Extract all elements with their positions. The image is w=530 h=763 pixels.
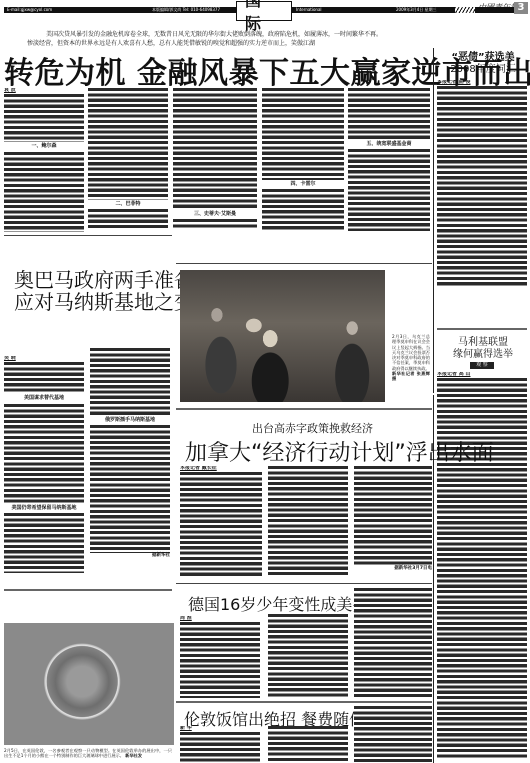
body-text: [88, 88, 168, 200]
sidebar-bottom-headline: 马利基联盟 缘何赢得选举: [438, 337, 528, 361]
photo-ukraine-caption-text: 2月3日，乌克兰总理季莫申科在议会会议上竖起大拇指。当天乌克兰议会投票否决对季莫…: [392, 334, 430, 371]
decorative-hatch: [455, 7, 475, 13]
section-divider: [176, 408, 432, 410]
photo-globe-caption: 2月5日，在英国伦敦，一名参观者在观察一只动物模型。在英国伦敦举办的展出中，一只…: [4, 748, 172, 763]
german-column-3: [354, 588, 432, 699]
photo-globe-caption-text: 2月5日，在英国伦敦，一名参观者在观察一只动物模型。在英国伦敦举办的展出中，一只…: [4, 748, 172, 758]
body-text: [4, 513, 84, 573]
canada-byline: 本报记者 戴长征: [180, 466, 262, 471]
body-text: [90, 348, 170, 416]
german-column-2: [268, 614, 348, 699]
german-column-1: 周 淮: [180, 616, 260, 699]
lead-subhead-5: 五、统宽联盛基金商: [348, 142, 430, 147]
section-divider: [176, 263, 432, 264]
body-text: [180, 472, 262, 576]
sidebar-top-byline: 本报记者 曲 俊: [437, 80, 527, 85]
lead-subhead-1: 一、鲍尔森: [4, 144, 84, 149]
body-text: [180, 732, 260, 762]
photo-ukraine-parliament: [180, 270, 385, 402]
section-divider: [4, 589, 172, 591]
sidebar-bottom-body: 本报记者 高 山: [437, 372, 527, 762]
paper-logo: 中國青年報: [478, 2, 518, 13]
body-text: [262, 189, 344, 231]
photo-ukraine-credit: 新华社记者 张燕辉摄: [392, 371, 430, 382]
photo-bear-globe: [4, 623, 174, 745]
london-column-3: [354, 706, 432, 763]
sidebar-divider: [437, 328, 527, 330]
masthead-email: E-mail:gjxw@cyol.com: [7, 7, 52, 13]
body-text: [354, 466, 432, 566]
lead-subhead-2: 二、巴菲特: [88, 202, 168, 207]
lead-deck-line2: 惨淡经营，但资本的世界永远是有人欢喜有人愁，总有人能凭借敏锐的嗅觉和超强的实力逆…: [27, 39, 315, 48]
photo-ukraine-caption: 2月3日，乌克兰总理季莫申科在议会会议上竖起大拇指。当天乌克兰议会投票否决对季莫…: [392, 334, 430, 402]
obama-headline-line1: 奥巴马政府两手准备: [14, 268, 194, 292]
photo-globe-credit: 新华社发: [125, 753, 142, 758]
london-column-1: 新 华: [180, 726, 260, 763]
obama-subhead-3: 美国仍寄希望保留马纳斯基地: [4, 506, 84, 511]
canada-column-2: [268, 466, 348, 578]
sidebar-top-headline: “恶债”获选美 2008年度词汇: [438, 52, 528, 76]
body-text: [88, 209, 168, 229]
sidebar-top-headline-line1: “恶债”获选美: [438, 52, 528, 64]
body-text: [268, 614, 348, 698]
canada-column-1: 本报记者 戴长征: [180, 466, 262, 578]
canada-kicker: 出台高赤字政策挽救经济: [252, 420, 373, 436]
body-text: [437, 86, 527, 286]
body-text: [268, 726, 348, 763]
sidebar-bottom-headline-line2: 缘何赢得选举: [438, 349, 528, 361]
section-divider: [176, 701, 432, 703]
obama-headline-line2: 应对马纳斯基地之变: [14, 290, 194, 314]
obama-column-1: 吴 晓 美国谋求替代基地 美国仍寄希望保留马纳斯基地: [4, 356, 84, 576]
section-title: 国际: [236, 1, 292, 21]
london-column-2: [268, 726, 348, 763]
masthead-date: 2009年3月4日 星期三: [396, 7, 437, 13]
obama-byline: 吴 晓: [4, 356, 84, 361]
body-text: [4, 404, 84, 504]
obama-column-2: 俄罗斯插手马纳斯基地 据新华社: [90, 348, 170, 568]
lead-column-3: 三、史蒂夫·艾斯曼: [173, 88, 257, 233]
column-rule: [433, 48, 434, 393]
body-text: [354, 706, 432, 763]
body-text: [4, 94, 84, 142]
section-divider: [4, 235, 172, 236]
masthead-editor-contact: 本版编辑/郭文尚 Tel: 010-64098377: [152, 7, 220, 13]
body-text: [348, 88, 430, 140]
obama-subhead-1: 美国谋求替代基地: [4, 396, 84, 401]
lead-subhead-4: 四、卡雷尔: [262, 182, 344, 187]
body-text: [4, 152, 84, 232]
lead-column-5: 五、统宽联盛基金商: [348, 88, 430, 233]
lead-deck-line1: 美国次贷风暴引发的金融危机席卷全球，无数昔日风光无限的华尔街大佬败倒落魄，政府陷…: [46, 30, 382, 39]
masthead-section-english: International: [296, 7, 322, 13]
body-text: [348, 149, 430, 231]
canada-headline: 加拿大“经济行动计划”浮出水面: [185, 436, 494, 467]
lead-column-1: 袁 波 一、鲍尔森: [4, 88, 84, 233]
body-text: [173, 219, 257, 229]
german-byline: 周 淮: [180, 616, 260, 621]
body-text: [90, 425, 170, 553]
sidebar-bottom-byline: 本报记者 高 山: [437, 372, 527, 377]
canada-column-3: 据新华社3月7日电: [354, 466, 432, 578]
lead-byline: 袁 波: [4, 88, 84, 93]
body-text: [354, 588, 432, 698]
body-text: [262, 88, 344, 180]
sidebar-bottom-headline-line1: 马利基联盟: [438, 337, 528, 349]
sidebar-bottom-tag: 观 察: [470, 362, 494, 369]
page-number: 3: [514, 2, 528, 14]
section-divider: [176, 583, 432, 584]
obama-credit: 据新华社: [90, 553, 170, 558]
body-text: [4, 362, 84, 394]
lead-subhead-3: 三、史蒂夫·艾斯曼: [173, 212, 257, 217]
sidebar-top-headline-line2: 2008年度词汇: [438, 64, 528, 76]
lead-column-2: 二、巴菲特: [88, 88, 168, 233]
lead-column-4: 四、卡雷尔: [262, 88, 344, 233]
body-text: [268, 466, 348, 576]
canada-credit: 据新华社3月7日电: [354, 566, 432, 571]
body-text: [180, 622, 260, 698]
london-byline: 新 华: [180, 726, 260, 731]
obama-subhead-2: 俄罗斯插手马纳斯基地: [90, 418, 170, 423]
body-text: [173, 88, 257, 210]
sidebar-top-body: 本报记者 曲 俊: [437, 80, 527, 292]
